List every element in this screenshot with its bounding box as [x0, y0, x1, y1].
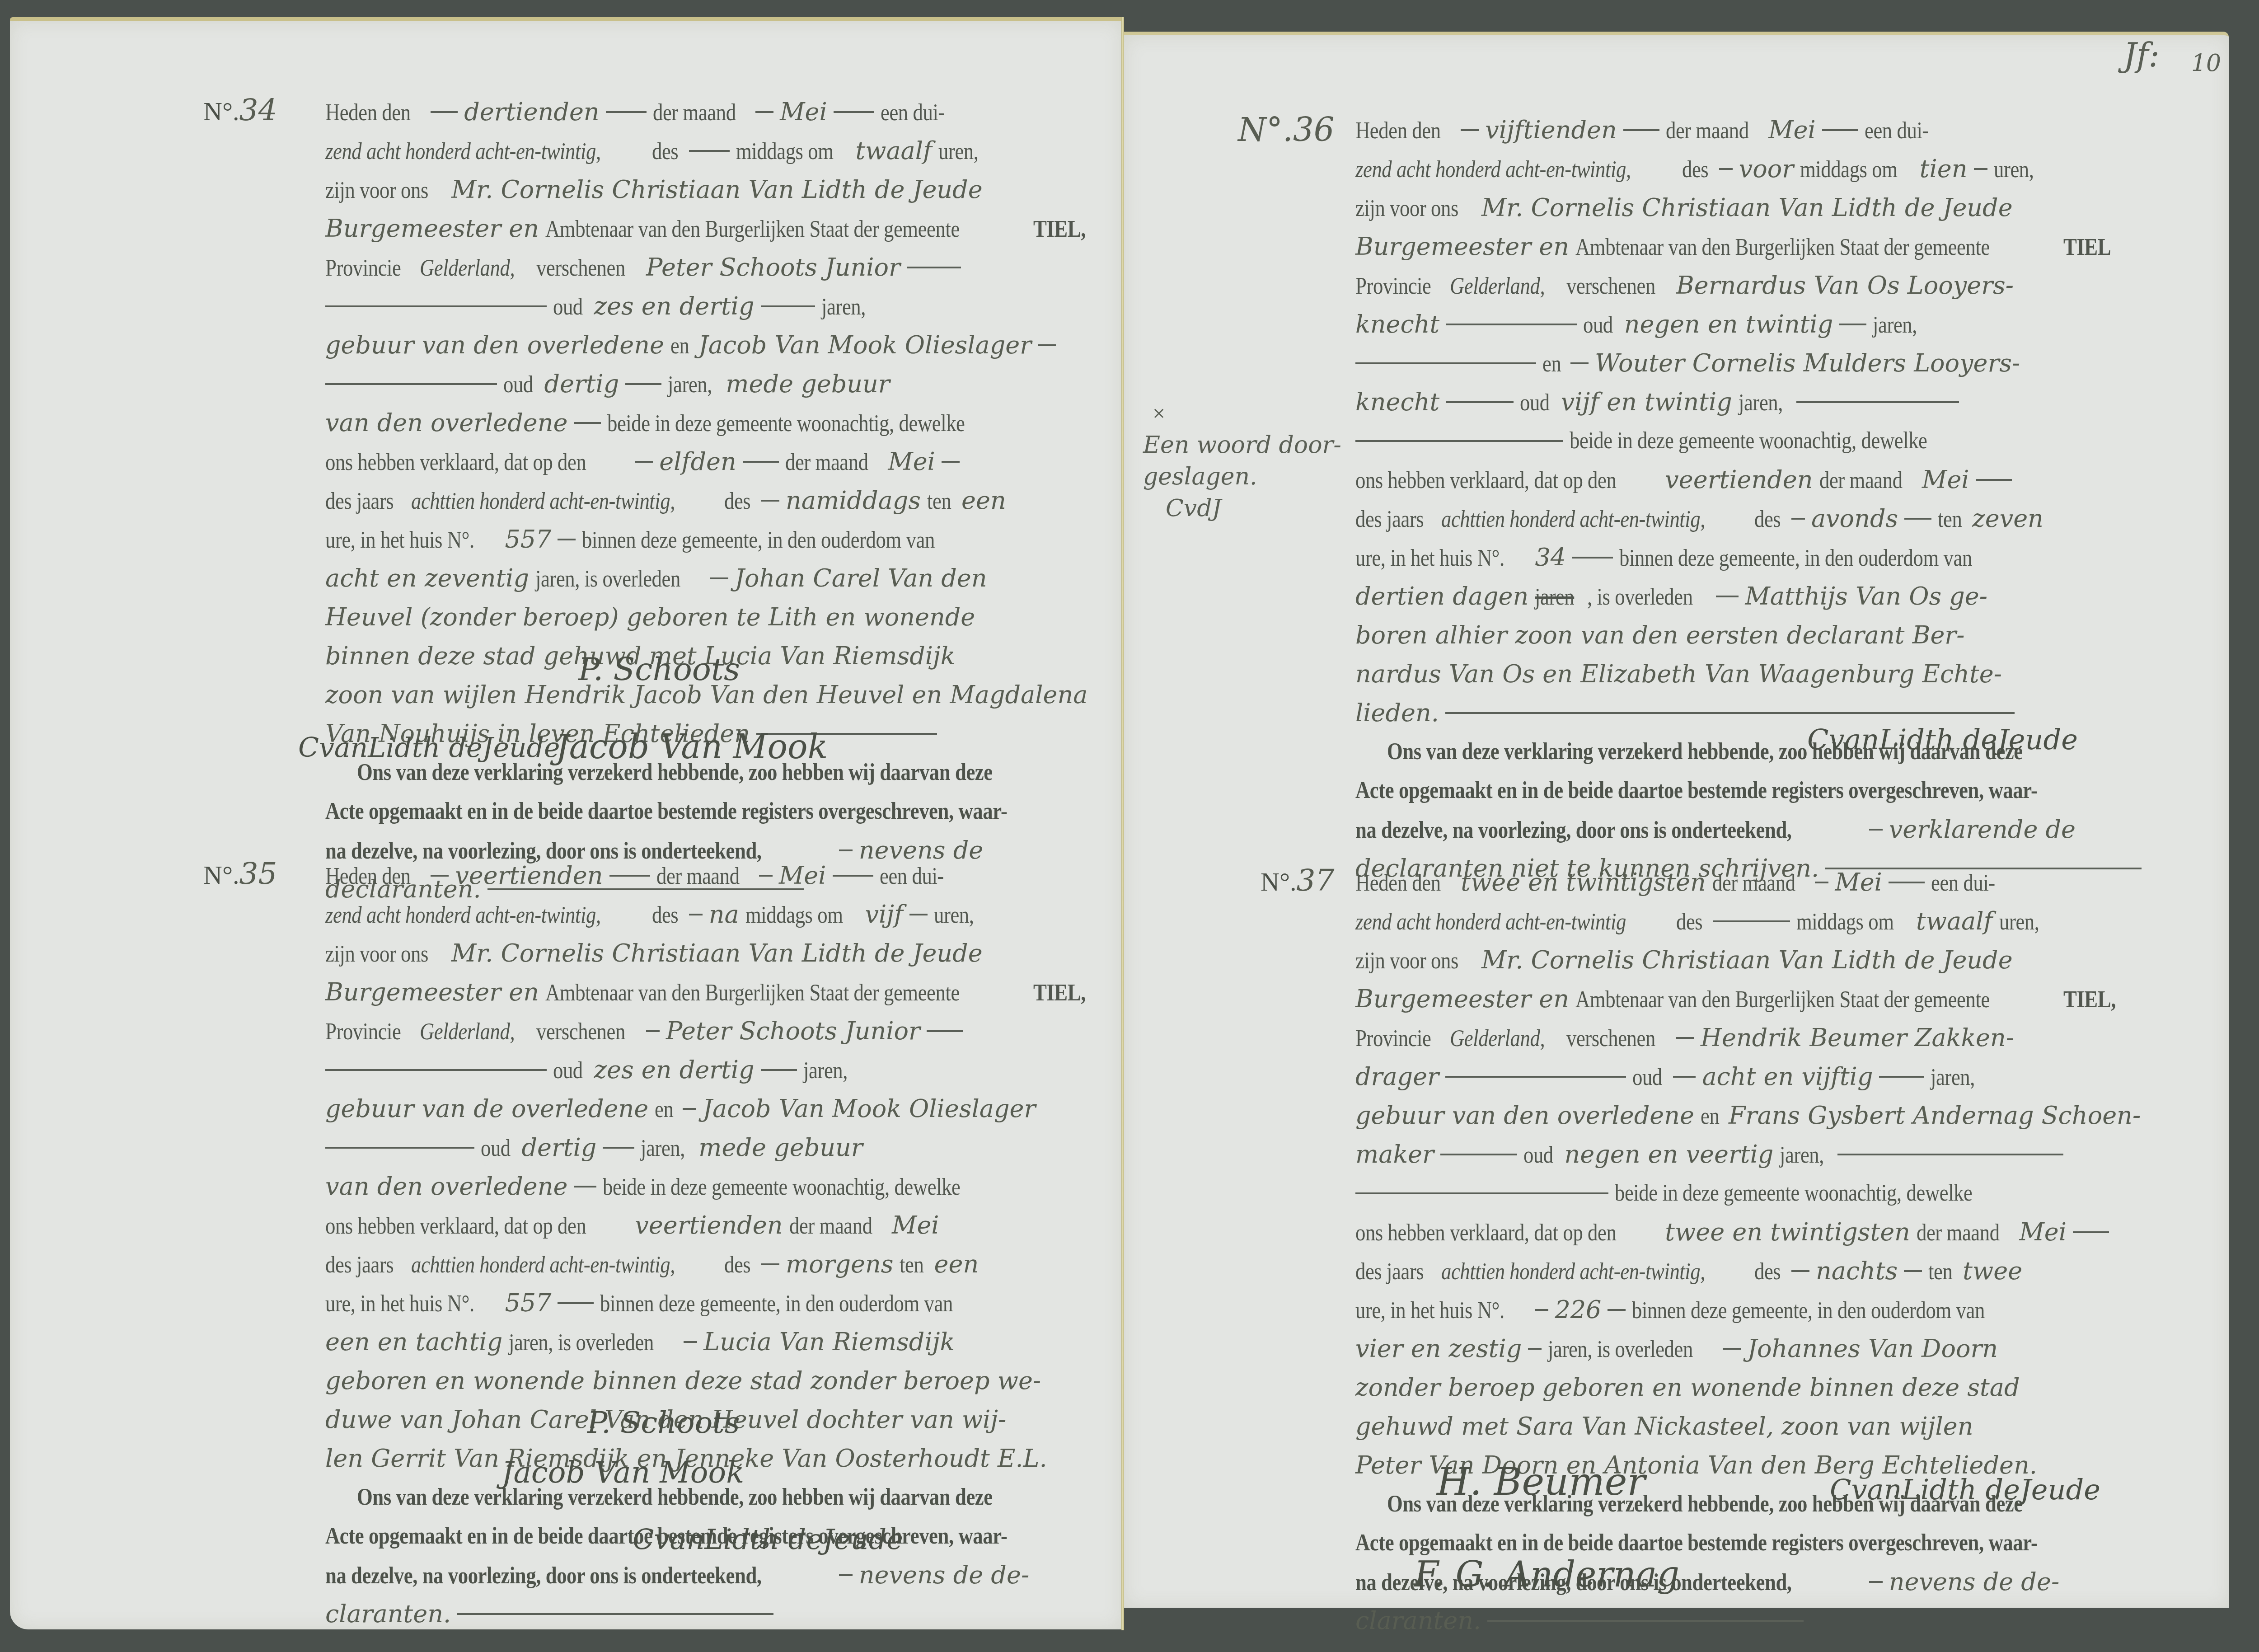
- closing-line: na dezelve, na voorlezing, door ons is o…: [1355, 810, 2132, 849]
- certificate-number: N°.35: [203, 856, 277, 891]
- fill-dash: [325, 1069, 547, 1071]
- printed-text: Heden den: [325, 857, 411, 896]
- handwritten-entry: dertig: [544, 365, 619, 404]
- handwritten-entry: Hendrik Beumer Zakken-: [1701, 1018, 2014, 1057]
- handwritten-entry: Bernardus Van Os Looyers-: [1676, 266, 2014, 305]
- printed-text: na dezelve, na voorlezing, door ons is o…: [325, 1557, 762, 1596]
- printed-text: oud: [1583, 306, 1613, 345]
- fill-dash: [942, 461, 960, 463]
- printed-text: achttien honderd acht-en-twintig,: [411, 482, 675, 521]
- fill-dash: [1355, 362, 1536, 364]
- handwritten-entry: Mr. Cornelis Christiaan Van Lidth de Jeu…: [451, 170, 983, 209]
- handwritten-entry: avonds: [1811, 499, 1898, 538]
- handwritten-entry: Peter Schoots Junior: [646, 248, 900, 287]
- certificate-number: N°.37: [1261, 863, 1335, 898]
- printed-text: Provincie: [1355, 267, 1431, 306]
- printed-text: zijn voor ons: [1355, 942, 1458, 981]
- handwritten-entry: Burgemeester en: [1355, 227, 1569, 266]
- printed-text: Acte opgemaakt en in de beide daartoe be…: [1355, 771, 2037, 810]
- closing-line: claranten.: [325, 1595, 1102, 1633]
- handwritten-entry: Heuvel (zonder beroep) geboren te Lith e…: [325, 598, 975, 637]
- text-line: ure, in het huis N°.34binnen deze gemeen…: [1355, 538, 2132, 577]
- fill-dash: [1608, 1309, 1626, 1311]
- handwritten-entry: zes en dertig: [594, 287, 755, 326]
- fill-dash: [325, 1147, 474, 1149]
- text-line: ure, in het huis N°.226binnen deze gemee…: [1355, 1291, 2132, 1329]
- printed-text: een dui-: [880, 857, 944, 896]
- handwritten-entry: Wouter Cornelis Mulders Looyers-: [1595, 344, 2020, 383]
- text-line: ons hebben verklaard, dat op denveertien…: [1355, 460, 2132, 499]
- handwritten-entry: Lucia Van Riemsdijk: [703, 1323, 955, 1361]
- text-line: van den overledenebeide in deze gemeente…: [325, 404, 1102, 442]
- printed-text: TIEL,: [1033, 974, 1086, 1013]
- text-line: acht en zeventigjaren, is overledenJohan…: [325, 559, 1102, 598]
- printed-text: en: [1701, 1097, 1719, 1136]
- handwritten-entry: vijf en twintig: [1561, 383, 1732, 422]
- text-line: Heden dentwee en twintigstender maandMei…: [1355, 863, 2132, 902]
- text-line: des jaarsachttien honderd acht-en-twinti…: [325, 1245, 1102, 1284]
- handwritten-entry: Mei: [1835, 863, 1882, 902]
- handwritten-entry: twee en twintigsten: [1461, 863, 1706, 902]
- certificate-35: N°.35 Heden denveertiendender maandMeiee…: [325, 856, 1102, 1633]
- fill-dash: [1974, 168, 1987, 170]
- printed-text: Gelderland,: [420, 249, 515, 288]
- fill-dash: [1904, 1270, 1922, 1272]
- printed-text: Gelderland,: [1450, 1019, 1545, 1058]
- text-line: ProvincieGelderland,verschenenBernardus …: [1355, 266, 2132, 305]
- fill-dash: [1716, 596, 1739, 597]
- fill-dash: [684, 1341, 697, 1343]
- printed-text: Heden den: [325, 94, 411, 132]
- handwritten-entry: verklarende de: [1889, 810, 2076, 849]
- printed-text: verschenen: [536, 249, 625, 288]
- text-line: dertien dagenjaren, is overledenMatthijs…: [1355, 577, 2132, 616]
- fill-dash: [431, 111, 458, 113]
- text-line: ons hebben verklaard, dat op dentwee en …: [1355, 1213, 2132, 1252]
- printed-text: des: [652, 896, 678, 935]
- fill-dash: [1535, 1309, 1548, 1311]
- printed-text: middags om: [745, 896, 843, 935]
- printed-text: verschenen: [1566, 1019, 1655, 1058]
- fill-dash: [625, 383, 661, 385]
- handwritten-entry: dertig: [522, 1128, 597, 1167]
- printed-text: ons hebben verklaard, dat op den: [1355, 1214, 1616, 1253]
- fill-dash: [603, 1147, 634, 1149]
- fill-dash: [1815, 882, 1828, 883]
- text-line: beide in deze gemeente woonachtig, dewel…: [1355, 422, 2132, 460]
- printed-text: uren,: [934, 896, 974, 935]
- fill-dash: [1837, 1154, 2063, 1155]
- printed-text: verschenen: [536, 1013, 625, 1051]
- printed-text: des: [724, 1246, 750, 1285]
- handwritten-entry: van den overledene: [325, 1167, 567, 1206]
- folio-mark: Jf:: [2123, 36, 2160, 74]
- fill-dash: [1889, 882, 1925, 883]
- printed-text: middags om: [1796, 903, 1894, 942]
- fill-dash: [1445, 1076, 1626, 1078]
- printed-text: ten: [1928, 1253, 1952, 1291]
- fill-dash: [1869, 829, 1883, 831]
- fill-dash: [646, 1030, 660, 1032]
- certificate-body: Heden denvijftiendender maandMeieen dui-…: [1355, 111, 2132, 732]
- fill-dash: [839, 849, 853, 851]
- text-line: zijn voor onsMr. Cornelis Christiaan Van…: [325, 170, 1102, 209]
- fill-dash: [1038, 344, 1056, 346]
- printed-text: verschenen: [1566, 267, 1655, 306]
- printed-text: beide in deze gemeente woonachtig, dewel…: [1615, 1174, 1973, 1213]
- printed-text: oud: [553, 1051, 583, 1090]
- text-line: oudzes en dertigjaren,: [325, 287, 1102, 326]
- fill-dash: [1723, 1348, 1741, 1350]
- printed-text: TIEL,: [2063, 981, 2116, 1019]
- handwritten-entry: gebuur van de overledene: [325, 1089, 648, 1128]
- printed-text: jaren, is overleden: [1548, 1330, 1693, 1369]
- fill-dash: [457, 1613, 773, 1615]
- printed-text: TIEL: [2063, 228, 2111, 267]
- printed-text: , is overleden: [1587, 578, 1693, 617]
- printed-text: en: [655, 1090, 673, 1129]
- text-line: zend acht honderd acht-en-twintig,desvoo…: [1355, 150, 2132, 188]
- fill-dash: [431, 875, 449, 877]
- handwritten-entry: dertien dagen: [1355, 577, 1528, 616]
- handwritten-entry: vier en zestig: [1355, 1329, 1522, 1368]
- certificate-37: N°.37 Heden dentwee en twintigstender ma…: [1355, 863, 2132, 1640]
- text-line: geboren en wonende binnen deze stad zond…: [325, 1361, 1102, 1400]
- printed-text: Provincie: [325, 249, 401, 288]
- printed-text: zijn voor ons: [325, 171, 428, 210]
- handwritten-entry: Frans Gysbert Andernag Schoen-: [1729, 1096, 2141, 1135]
- printed-text: oud: [553, 288, 583, 327]
- fill-dash: [689, 914, 703, 915]
- handwritten-entry: maker: [1355, 1135, 1434, 1174]
- fill-dash: [558, 539, 576, 540]
- printed-text: en: [670, 327, 689, 366]
- printed-text: binnen deze gemeente, in den ouderdom va…: [582, 521, 935, 560]
- printed-text: ure, in het huis N°.: [325, 1285, 474, 1323]
- fill-dash: [558, 1302, 594, 1304]
- handwritten-entry: acht en zeventig: [325, 559, 529, 598]
- handwritten-entry: een: [934, 1245, 979, 1284]
- text-line: Burgemeester enAmbtenaar van den Burgerl…: [325, 209, 1102, 248]
- fill-dash: [1976, 479, 2012, 481]
- certificate-closing: Ons van deze verklaring verzekerd hebben…: [325, 1478, 1102, 1633]
- handwritten-entry: nachts: [1816, 1252, 1898, 1291]
- printed-text: oud: [1632, 1058, 1662, 1097]
- handwritten-entry: veertienden: [635, 1206, 783, 1245]
- text-line: nardus Van Os en Elizabeth Van Waagenbur…: [1355, 655, 2132, 694]
- handwritten-entry: negen en veertig: [1564, 1135, 1773, 1174]
- printed-text: zend acht honderd acht-en-twintig,: [1355, 150, 1631, 189]
- text-line: gebuur van den overledeneenFrans Gysbert…: [1355, 1096, 2132, 1135]
- handwritten-entry: tien: [1920, 150, 1968, 188]
- handwritten-entry: boren alhier zoon van den eersten declar…: [1355, 616, 1964, 655]
- handwritten-entry: zonder beroep geboren en wonende binnen …: [1355, 1368, 2020, 1407]
- printed-text: jaren,: [1780, 1136, 1824, 1175]
- fill-dash: [325, 305, 547, 307]
- printed-text: des: [724, 482, 750, 521]
- signature-beumer: H. Beumer: [1437, 1460, 1645, 1504]
- printed-text: uren,: [1999, 903, 2039, 942]
- printed-text: ten: [927, 482, 951, 521]
- fill-dash: [743, 461, 779, 463]
- printed-text: der maand: [653, 94, 736, 132]
- handwritten-entry: Mei: [780, 93, 827, 131]
- handwritten-entry: vijf: [865, 895, 903, 934]
- handwritten-entry: morgens: [786, 1245, 894, 1284]
- text-line: drageroudacht en vijftigjaren,: [1355, 1057, 2132, 1096]
- text-line: des jaarsachttien honderd acht-en-twinti…: [1355, 1252, 2132, 1291]
- printed-text: jaren,: [1873, 306, 1917, 345]
- handwritten-entry: dertienden: [464, 93, 599, 131]
- printed-text: achttien honderd acht-en-twintig,: [1441, 1253, 1705, 1291]
- printed-text: Ambtenaar van den Burgerlijken Staat der…: [545, 974, 960, 1013]
- handwritten-entry: 557: [505, 1284, 551, 1323]
- signature-van-mook: Jacob Van Mook: [556, 727, 828, 766]
- fill-dash: [761, 1069, 797, 1071]
- fill-dash: [761, 1263, 779, 1265]
- handwritten-entry: zes en dertig: [594, 1051, 755, 1089]
- text-line: ons hebben verklaard, dat op denveertien…: [325, 1206, 1102, 1245]
- fill-dash: [1791, 518, 1805, 520]
- printed-text: Ambtenaar van den Burgerlijken Staat der…: [1575, 228, 1990, 267]
- printed-text: ten: [1938, 500, 1962, 539]
- handwritten-entry: gebuur van den overledene: [325, 326, 664, 365]
- fill-dash: [1791, 1270, 1809, 1272]
- text-line: gebuur van den overledeneenJacob Van Moo…: [325, 326, 1102, 365]
- certificate-number: N°.36: [1238, 111, 1335, 149]
- printed-text: der maand: [785, 443, 868, 482]
- fill-dash: [907, 267, 961, 268]
- handwritten-entry: gebuur van den overledene: [1355, 1096, 1694, 1135]
- fill-dash: [1623, 129, 1659, 131]
- printed-text: oud: [1520, 384, 1550, 422]
- handwritten-entry: negen en twintig: [1624, 305, 1833, 344]
- printed-text: zijn voor ons: [1355, 189, 1458, 228]
- text-line: gebuur van de overledeneenJacob Van Mook…: [325, 1089, 1102, 1128]
- folio-number: 10: [2191, 50, 2221, 77]
- printed-text: ons hebben verklaard, dat op den: [325, 443, 586, 482]
- fill-dash: [761, 500, 779, 502]
- handwritten-entry: nardus Van Os en Elizabeth Van Waagenbur…: [1355, 655, 2002, 694]
- printed-text: des jaars: [1355, 1253, 1424, 1291]
- text-line: beide in deze gemeente woonachtig, dewel…: [1355, 1174, 2132, 1213]
- certificate-body: Heden denveertiendender maandMeieen dui-…: [325, 856, 1102, 1478]
- printed-text: Acte opgemaakt en in de beide daartoe be…: [325, 792, 1007, 831]
- printed-text: uren,: [1994, 150, 2034, 189]
- fill-dash: [1446, 401, 1514, 403]
- book-gutter: [1121, 17, 1124, 1630]
- text-line: zijn voor onsMr. Cornelis Christiaan Van…: [1355, 188, 2132, 227]
- handwritten-entry: Jacob Van Mook Olieslager: [698, 326, 1031, 365]
- printed-text: Ambtenaar van den Burgerlijken Staat der…: [1575, 981, 1990, 1019]
- printed-text: der maand: [1819, 461, 1903, 500]
- signature-burgemeester: CvanLidth deJeude: [1830, 1473, 2100, 1506]
- signature-burgemeester: CvanLidth deJeude: [298, 732, 560, 764]
- fill-dash: [606, 111, 647, 113]
- text-line: Heuvel (zonder beroep) geboren te Lith e…: [325, 598, 1102, 637]
- printed-text: ure, in het huis N°.: [1355, 539, 1504, 578]
- handwritten-entry: 557: [505, 520, 551, 559]
- fill-dash: [1487, 1620, 1804, 1622]
- printed-text: een dui-: [1865, 112, 1929, 150]
- handwritten-entry: knecht: [1355, 305, 1439, 344]
- fill-dash: [574, 422, 601, 424]
- printed-text: jaren,: [1739, 384, 1783, 422]
- printed-text: des: [1682, 150, 1708, 189]
- fill-dash: [1879, 1076, 1924, 1078]
- fill-dash: [1528, 1348, 1542, 1350]
- text-line: ProvincieGelderland,verschenenPeter Scho…: [325, 248, 1102, 287]
- certificate-34: N°.34 Heden dendertiendender maandMeieen…: [325, 93, 1102, 909]
- printed-text: des jaars: [1355, 500, 1424, 539]
- printed-text: Provincie: [1355, 1019, 1431, 1058]
- fill-dash: [1904, 518, 1931, 520]
- printed-text: achttien honderd acht-en-twintig,: [411, 1246, 675, 1285]
- printed-text: achttien honderd acht-en-twintig,: [1441, 500, 1705, 539]
- text-line: Burgemeester enAmbtenaar van den Burgerl…: [325, 973, 1102, 1012]
- printed-text: jaren, is overleden: [535, 560, 680, 599]
- text-line: Burgemeester enAmbtenaar van den Burgerl…: [1355, 980, 2132, 1018]
- certificate-number: N°.34: [203, 93, 277, 127]
- text-line: ons hebben verklaard, dat op denelfdende…: [325, 442, 1102, 481]
- fill-dash: [755, 111, 773, 113]
- fill-dash: [325, 383, 497, 385]
- fill-dash: [1570, 362, 1589, 364]
- printed-text: binnen deze gemeente, in den ouderdom va…: [600, 1285, 953, 1323]
- printed-text: der maand: [656, 857, 740, 896]
- fill-dash: [1839, 324, 1866, 325]
- handwritten-entry: een: [961, 481, 1006, 520]
- fill-dash: [1355, 440, 1563, 442]
- handwritten-entry: Mr. Cornelis Christiaan Van Lidth de Jeu…: [451, 934, 983, 973]
- handwritten-entry: twaalf: [1916, 902, 1993, 941]
- printed-text: jaren,: [668, 366, 712, 404]
- fill-dash: [1676, 1037, 1694, 1039]
- handwritten-entry: voor: [1739, 150, 1794, 188]
- fill-dash: [1572, 557, 1613, 558]
- handwritten-entry: Burgemeester en: [325, 209, 539, 248]
- handwritten-entry: lieden.: [1355, 694, 1439, 732]
- printed-text: oud: [481, 1129, 511, 1168]
- text-line: knechtoudvijf en twintigjaren,: [1355, 383, 2132, 422]
- signature-schoots: P. Schoots: [587, 1405, 740, 1440]
- fill-dash: [1822, 129, 1858, 131]
- printed-text: des jaars: [325, 482, 394, 521]
- text-line: Heden denveertiendender maandMeieen dui-: [325, 856, 1102, 895]
- text-line: een en tachtigjaren, is overledenLucia V…: [325, 1323, 1102, 1361]
- struck-text: jaren: [1535, 578, 1574, 617]
- text-line: ouddertigjaren,mede gebuur: [325, 1128, 1102, 1167]
- handwritten-entry: claranten.: [1355, 1601, 1481, 1640]
- fill-dash: [759, 875, 773, 877]
- fill-dash: [1440, 1154, 1517, 1155]
- text-line: knechtoudnegen en twintigjaren,: [1355, 305, 2132, 344]
- fill-dash: [1355, 1192, 1608, 1194]
- handwritten-entry: claranten.: [325, 1595, 451, 1633]
- text-line: ure, in het huis N°.557binnen deze gemee…: [325, 520, 1102, 559]
- printed-text: middags om: [1800, 150, 1898, 189]
- signature-burgemeester: CvanLidth deJeude: [633, 1523, 903, 1556]
- fill-dash: [635, 461, 653, 463]
- fill-dash: [689, 150, 730, 152]
- text-line: van den overledenebeide in deze gemeente…: [325, 1167, 1102, 1206]
- handwritten-entry: twee en twintigsten: [1665, 1213, 1910, 1252]
- printed-text: beide in deze gemeente woonachtig, dewel…: [607, 404, 965, 443]
- fill-dash: [1446, 324, 1577, 325]
- handwritten-entry: namiddags: [786, 481, 921, 520]
- fill-dash: [1713, 920, 1790, 922]
- printed-text: TIEL,: [1033, 210, 1086, 249]
- printed-text: des: [1676, 903, 1702, 942]
- fill-dash: [2073, 1231, 2109, 1233]
- signature-burgemeester: CvanLidth deJeude: [1807, 723, 2078, 756]
- printed-text: des jaars: [325, 1246, 394, 1285]
- text-line: vier en zestigjaren, is overledenJohanne…: [1355, 1329, 2132, 1368]
- certificate-body: Heden dentwee en twintigstender maandMei…: [1355, 863, 2132, 1485]
- handwritten-entry: Burgemeester en: [325, 973, 539, 1012]
- handwritten-entry: van den overledene: [325, 404, 567, 442]
- fill-dash: [574, 1186, 596, 1187]
- handwritten-entry: Mei: [1922, 460, 1969, 499]
- printed-text: des: [652, 132, 678, 171]
- printed-text: en: [1542, 345, 1561, 384]
- text-line: Heden denvijftiendender maandMeieen dui-: [1355, 111, 2132, 150]
- text-line: zonder beroep geboren en wonende binnen …: [1355, 1368, 2132, 1407]
- handwritten-entry: Peter Schoots Junior: [666, 1012, 920, 1051]
- fill-dash: [761, 305, 815, 307]
- fill-dash: [609, 875, 650, 877]
- handwritten-entry: zeven: [1972, 499, 2043, 538]
- printed-text: Heden den: [1355, 864, 1441, 903]
- text-line: oudzes en dertigjaren,: [325, 1051, 1102, 1089]
- printed-text: oud: [503, 366, 533, 404]
- printed-text: een dui-: [1931, 864, 1995, 903]
- fill-dash: [1869, 1581, 1883, 1583]
- fill-dash: [1796, 401, 1959, 403]
- signature-andernag: F. G. Andernag: [1414, 1554, 1679, 1595]
- text-line: gehuwd met Sara Van Nickasteel, zoon van…: [1355, 1407, 2132, 1446]
- closing-line: Acte opgemaakt en in de beide daartoe be…: [325, 792, 1102, 831]
- fill-dash: [683, 1108, 696, 1110]
- printed-text: der maand: [1712, 864, 1795, 903]
- fill-dash: [1461, 129, 1479, 131]
- handwritten-entry: geboren en wonende binnen deze stad zond…: [325, 1361, 1041, 1400]
- printed-text: ure, in het huis N°.: [1355, 1291, 1504, 1330]
- handwritten-entry: nevens de de-: [859, 1556, 1029, 1595]
- signature-van-mook: Jacob Van Mook: [501, 1455, 744, 1490]
- text-line: zend acht honderd acht-en-twintig,desmid…: [325, 131, 1102, 170]
- text-line: zijn voor onsMr. Cornelis Christiaan Van…: [325, 934, 1102, 973]
- text-line: zijn voor onsMr. Cornelis Christiaan Van…: [1355, 941, 2132, 980]
- printed-text: binnen deze gemeente, in den ouderdom va…: [1619, 539, 1972, 578]
- printed-text: uren,: [938, 132, 978, 171]
- text-line: zend acht honderd acht-en-twintigdesmidd…: [1355, 902, 2132, 941]
- printed-text: ure, in het huis N°.: [325, 521, 474, 560]
- handwritten-entry: Mei: [1768, 111, 1816, 150]
- handwritten-entry: vijftienden: [1485, 111, 1617, 150]
- printed-text: Gelderland,: [420, 1013, 515, 1051]
- text-line: ure, in het huis N°.557binnen deze gemee…: [325, 1284, 1102, 1323]
- handwritten-entry: Mei: [2019, 1213, 2067, 1252]
- text-line: ProvincieGelderland,verschenenPeter Scho…: [325, 1012, 1102, 1051]
- printed-text: beide in deze gemeente woonachtig, dewel…: [603, 1168, 961, 1207]
- handwritten-entry: twaalf: [855, 131, 932, 170]
- printed-text: des: [1754, 1253, 1781, 1291]
- printed-text: jaren,: [1931, 1058, 1975, 1097]
- closing-line: Acte opgemaakt en in de beide daartoe be…: [1355, 771, 2132, 810]
- closing-line: claranten.: [1355, 1601, 2132, 1640]
- fill-dash: [1445, 712, 2015, 714]
